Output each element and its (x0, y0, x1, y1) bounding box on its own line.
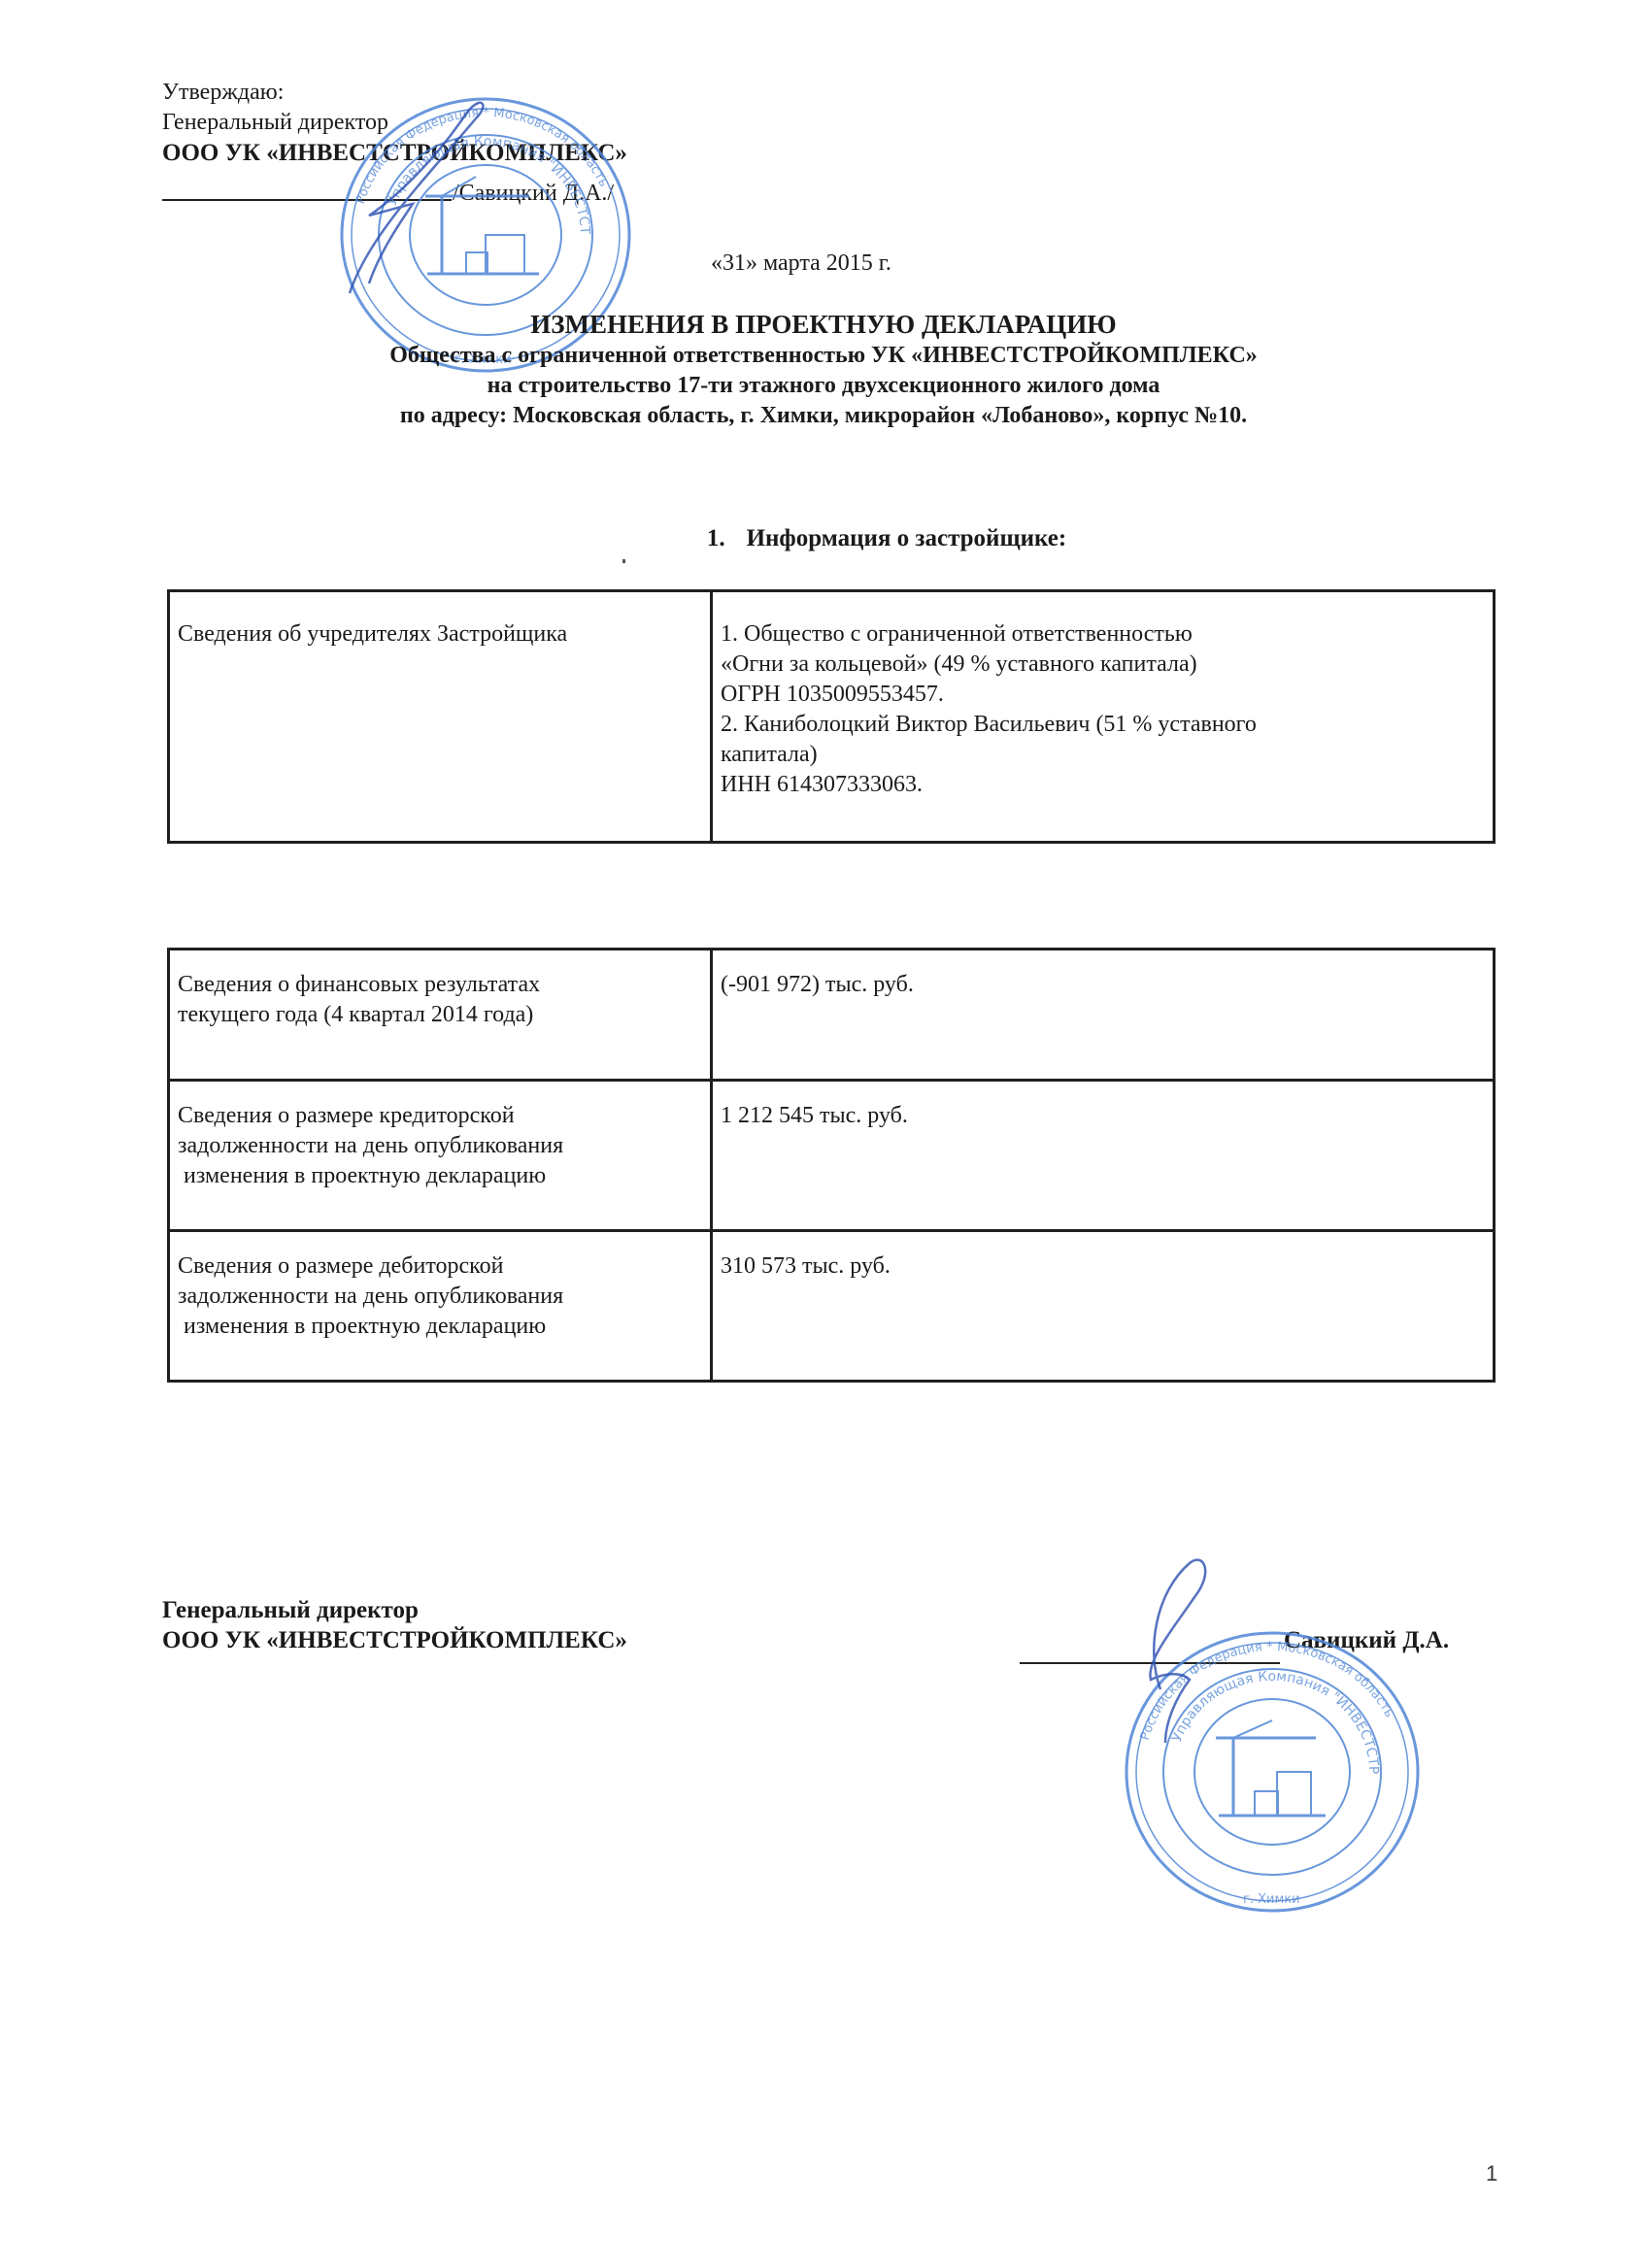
label-line: Сведения о размере дебиторской (178, 1251, 702, 1282)
footer-position: Генеральный директор (162, 1595, 627, 1625)
receivables-value: 310 573 тыс. руб. (712, 1231, 1495, 1382)
footer-company: ООО УК «ИНВЕСТСТРОЙКОМПЛЕКС» (162, 1625, 627, 1655)
page-number: 1 (1486, 2161, 1497, 2186)
finance-table: Сведения о финансовых результатах текуще… (167, 948, 1496, 1383)
section-title: Информация о застройщике: (747, 525, 1067, 551)
table-row: Сведения о размере дебиторской задолженн… (169, 1231, 1495, 1382)
label-line: изменения в проектную декларацию (178, 1161, 702, 1191)
label-line: текущего года (4 квартал 2014 года) (178, 1000, 702, 1030)
approval-date: «31» марта 2015 г. (711, 250, 891, 277)
document-subtitle-company: Общества с ограниченной ответственностью… (0, 341, 1647, 371)
section-heading: 1.Информация о застройщике: (0, 525, 1647, 552)
document-subtitle-address: по адресу: Московская область, г. Химки,… (0, 401, 1647, 431)
receivables-label: Сведения о размере дебиторской задолженн… (169, 1231, 712, 1382)
payables-label: Сведения о размере кредиторской задолжен… (169, 1081, 712, 1231)
section-number: 1. (707, 525, 725, 552)
label-line: изменения в проектную декларацию (178, 1312, 702, 1342)
svg-text:г. Химки: г. Химки (1243, 1892, 1300, 1907)
founders-line: 2. Каниболоцкий Виктор Васильевич (51 % … (721, 710, 1485, 740)
table-row: Сведения об учредителях Застройщика 1. О… (169, 591, 1495, 843)
founders-line: 1. Общество с ограниченной ответственнос… (721, 619, 1485, 650)
table-row: Сведения о размере кредиторской задолжен… (169, 1081, 1495, 1231)
founders-label: Сведения об учредителях Застройщика (169, 591, 712, 843)
document-subtitle-object: на строительство 17-ти этажного двухсекц… (0, 371, 1647, 401)
founders-value: 1. Общество с ограниченной ответственнос… (712, 591, 1495, 843)
company-stamp-icon: Российская Федерация * Московская област… (1107, 1553, 1428, 1922)
founders-line: «Огни за кольцевой» (49 % уставного капи… (721, 650, 1485, 680)
label-line: Сведения о размере кредиторской (178, 1101, 702, 1131)
founders-table: Сведения об учредителях Застройщика 1. О… (167, 589, 1496, 844)
document-title: ИЗМЕНЕНИЯ В ПРОЕКТНУЮ ДЕКЛАРАЦИЮ (0, 309, 1647, 341)
label-line: задолженности на день опубликования (178, 1282, 702, 1312)
scan-speck (622, 559, 625, 563)
document-title-block: ИЗМЕНЕНИЯ В ПРОЕКТНУЮ ДЕКЛАРАЦИЮ Обществ… (0, 309, 1647, 431)
finance-result-value: (-901 972) тыс. руб. (712, 950, 1495, 1081)
finance-result-label: Сведения о финансовых результатах текуще… (169, 950, 712, 1081)
payables-value: 1 212 545 тыс. руб. (712, 1081, 1495, 1231)
table-row: Сведения о финансовых результатах текуще… (169, 950, 1495, 1081)
founders-line: ОГРН 1035009553457. (721, 680, 1485, 710)
founders-line: капитала) (721, 740, 1485, 770)
founders-line: ИНН 614307333063. (721, 770, 1485, 800)
label-line: Сведения о финансовых результатах (178, 970, 702, 1000)
label-line: задолженности на день опубликования (178, 1131, 702, 1161)
footer-signature-block: Генеральный директор ООО УК «ИНВЕСТСТРОЙ… (162, 1595, 627, 1655)
